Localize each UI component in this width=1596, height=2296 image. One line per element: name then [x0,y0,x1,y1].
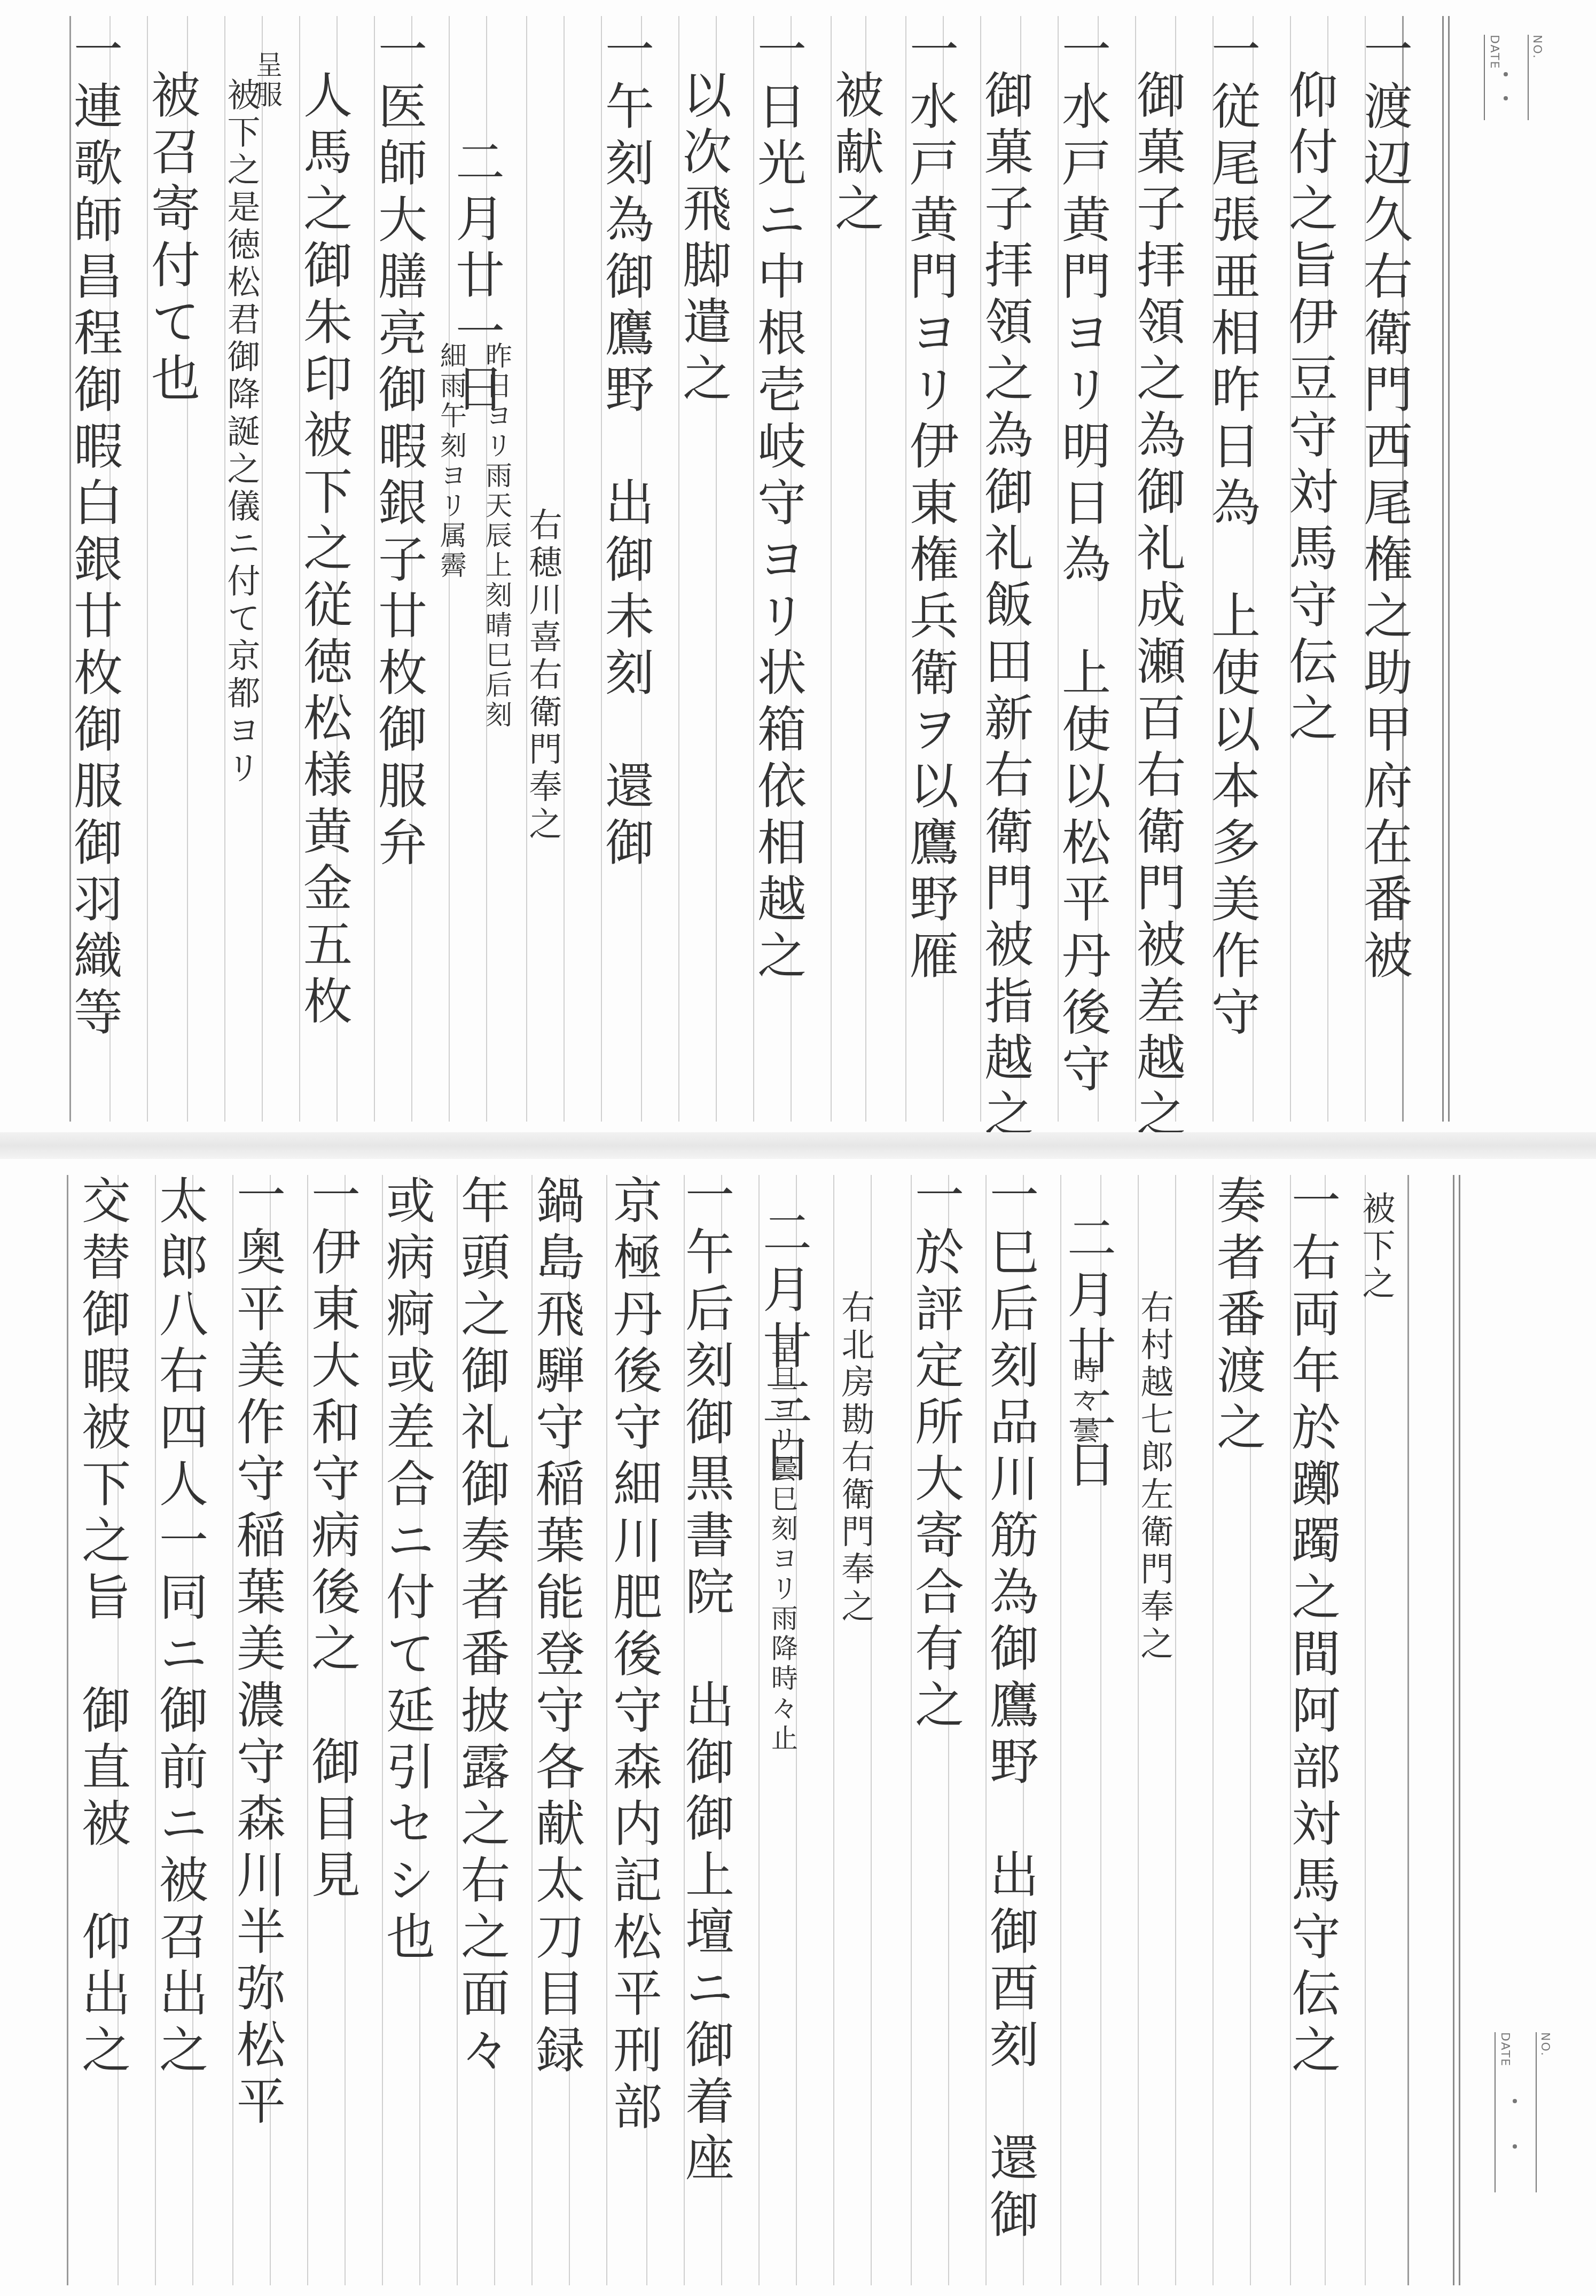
diary-line: 被献之 [831,69,880,239]
date-heading: 二月廿二日 [1063,1212,1112,1495]
notebook-page-bottom: NO. DATE 被下之 一右両年於躑躅之間阿部対馬守伝之 奏者番渡之 右村越七… [0,1159,1596,2296]
diary-line: 一水戸黄門ヨリ伊東権兵衛ヲ以鷹野雁 [905,24,955,986]
diary-line: 御菓子拝領之為御礼成瀬百右衛門被差越之 [1132,69,1182,1145]
diary-line: 一渡辺久右衛門西尾権之助甲府在番被 [1359,24,1409,986]
diary-line: 一日光ニ中根壱岐守ヨリ状箱依相越之 [753,24,802,986]
diary-line: 一奥平美作守稲葉美濃守森川半弥松平 [232,1170,281,2132]
diary-line: 鍋島飛騨守稲葉能登守各献太刀目録 [531,1175,581,2081]
date-separator-dot [1504,96,1508,100]
diary-line: 一於評定所大寄合有之 [911,1170,960,1736]
diary-line: 交替御暇被下之旨 御直被 仰出之 [77,1175,127,2081]
diary-line: 一医師大膳亮御暇銀子廿枚御服弁 [374,24,423,873]
weather-note: 昨日ヨリ雨天辰上刻晴巳后刻 [483,342,510,731]
diary-line: 被下之 [1359,1191,1392,1303]
date-underline [1495,2032,1496,2192]
page-margin-double-rule [1442,16,1450,1122]
notebook-spine [0,1132,1596,1159]
diary-line: 一伊東大和守病後之 御目見 [307,1170,356,1906]
no-underline [1536,2032,1537,2192]
diary-line: 一水戸黄門ヨリ明日為 上使以松平丹後守 [1058,24,1107,1100]
diary-line: 一従尾張亜相昨日為 上使以本多美作守 [1207,24,1256,1043]
date-label: DATE [1488,35,1501,69]
date-underline [1484,35,1485,120]
ruled-line [1365,1175,1366,2285]
attribution-line: 右村越七郎左衛門奉之 [1138,1290,1171,1664]
diary-line: 被召寄付て也 [147,69,196,409]
no-label: NO. [1538,2032,1552,2057]
diary-line: 仰付之旨伊豆守対馬守伝之 [1285,69,1334,749]
diary-line: 御菓子拝領之為御礼飯田新右衛門被指越之 [980,69,1029,1145]
weather-note: 早旦ヨリ曇巳刻ヨリ雨降時々止 [769,1335,796,1754]
ruled-line [564,16,565,1122]
ruled-line [262,16,263,1122]
weather-note: 細雨午刻ヨリ属霽 [438,342,465,581]
attribution-line: 右穂川喜右衛門奉之 [526,507,559,844]
date-separator-dot [1513,2144,1517,2149]
page-margin-rule [1407,1175,1409,2285]
date-label: DATE [1498,2032,1512,2067]
diary-line: 一午后刻御黒書院 出御御上壇ニ御着座 [681,1170,730,2189]
diary-line: 以次飛脚遣之 [678,69,727,409]
attribution-line: 右北房勘右衛門奉之 [839,1290,872,1626]
diary-line: 一巳后刻品川筋為御鷹野 出御酉刻 還御 [985,1170,1035,2245]
diary-line: 太郎八右四人一同ニ御前ニ被召出之 [155,1175,204,2081]
date-separator-dot [1504,72,1508,76]
notebook-page-top: NO. DATE 一渡辺久右衛門西尾権之助甲府在番被 仰付之旨伊豆守対馬守伝之 … [0,0,1596,1132]
page-margin-double-rule [1453,1175,1460,2285]
ruled-line [833,1175,834,2285]
diary-line: 一右両年於躑躅之間阿部対馬守伝之 [1287,1175,1336,2081]
diary-line: 一午刻為御鷹野 出御未刻 還御 [601,24,650,873]
no-label: NO. [1530,35,1544,59]
ruled-line [1175,1175,1176,2285]
notebook-header-top: NO. DATE [1477,32,1552,208]
diary-line: 京極丹後守細川肥後守森内記松平刑部 [609,1175,658,2137]
diary-line: 或病痾或差合ニ付て延引セシ也 [382,1175,431,1968]
diary-line: 年頭之御礼御奏者番披露之右之面々 [457,1175,506,2081]
diary-line: 一連歌師昌程御暇白銀廿枚御服御羽織等 [69,24,119,1043]
no-underline [1528,35,1529,120]
diary-line: 奏者番渡之 [1212,1175,1262,1458]
date-separator-dot [1513,2099,1517,2103]
weather-note: 時々曇 [1071,1357,1098,1446]
diary-line: 人馬之御朱印被下之従徳松様黄金五枚 [299,69,348,1032]
diary-line: 被下之是徳松君御降誕之儀ニ付て京都ヨリ [224,77,257,788]
notebook-header-bottom: NO. DATE [1496,2029,1570,2206]
page-margin-rule [67,1175,68,2285]
